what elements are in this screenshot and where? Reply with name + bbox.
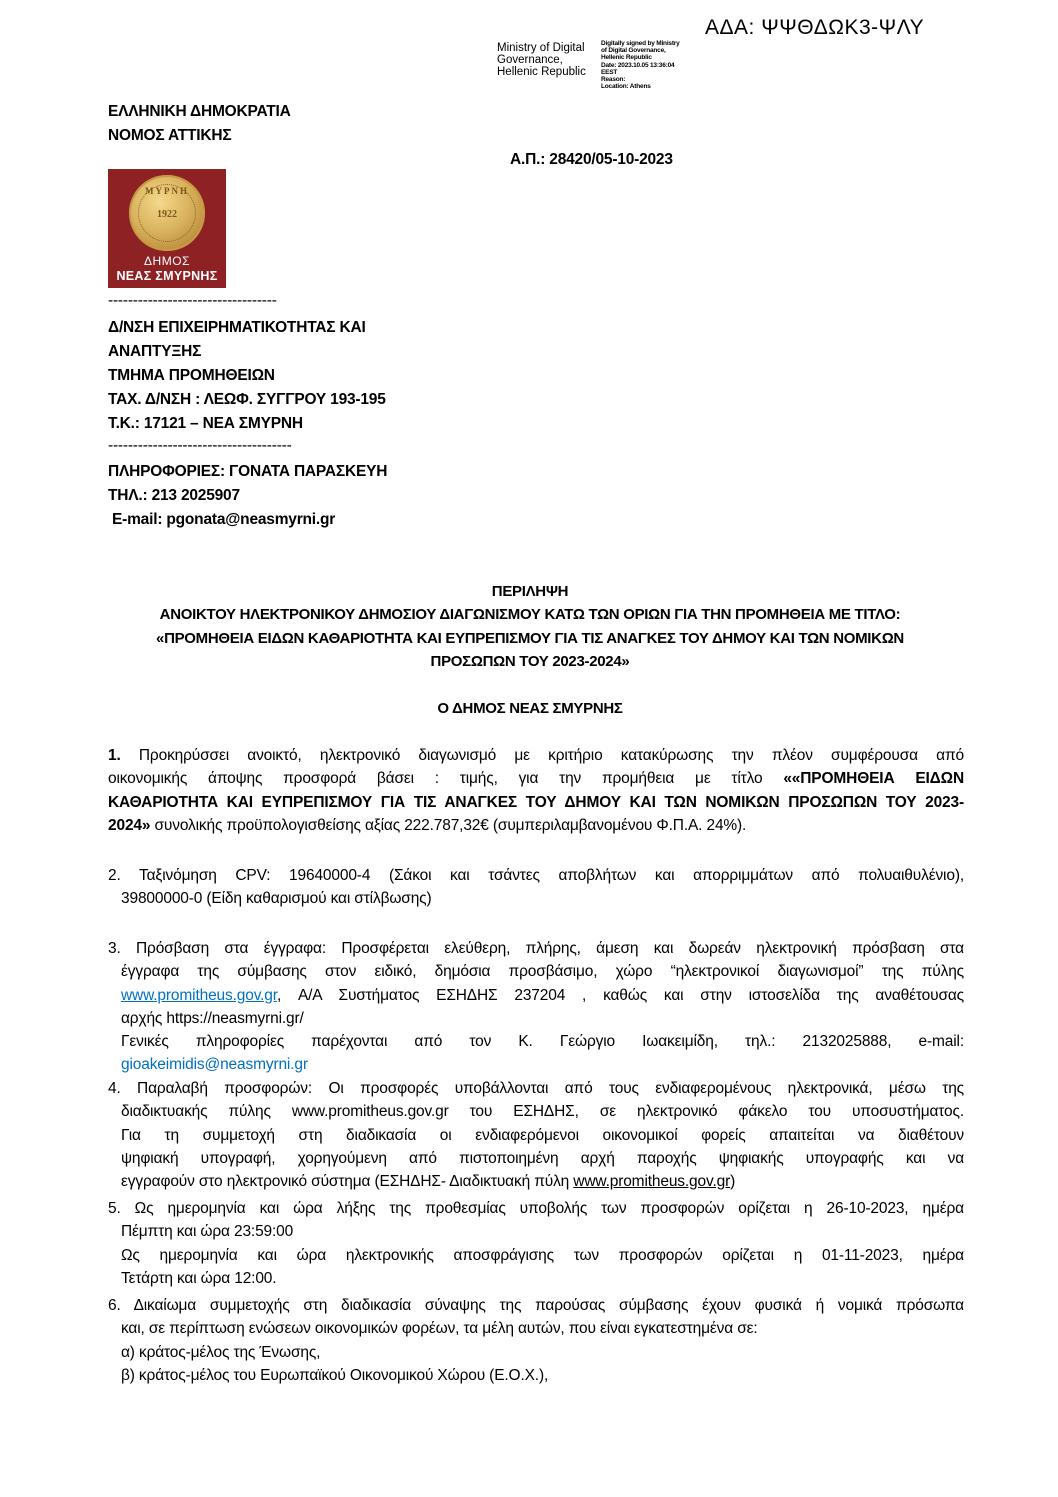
logo-line2: ΝΕΑΣ ΣΜΥΡΝΗΣ (108, 269, 226, 283)
text: 3. Πρόσβαση στα έγγραφα: Προσφέρεται ελε… (108, 937, 964, 960)
tender-title: 2024» (108, 817, 150, 834)
directorate-line2: ΑΝΑΠΤΥΞΗΣ (108, 340, 201, 363)
signer-line: Governance, (497, 54, 602, 66)
text: διαδικτυακής πύλης www.promitheus.gov.gr… (121, 1100, 964, 1123)
text: Ως ημερομηνία και ώρα ηλεκτρονικής αποσφ… (121, 1244, 964, 1267)
phone: ΤΗΛ.: 213 2025907 (108, 484, 240, 507)
tender-title: ««ΠΡΟΜΗΘΕΙΑ ΕΙΔΩΝ (783, 770, 964, 787)
separator: ---------------------------------- (108, 289, 277, 312)
info-contact: ΠΛΗΡΟΦΟΡΙΕΣ: ΓΟΝΑΤΑ ΠΑΡΑΣΚΕΥΗ (108, 460, 387, 483)
promitheus-link[interactable]: www.promitheus.gov.gr (573, 1173, 730, 1190)
item-number: 1. (108, 747, 121, 764)
text: 6. Δικαίωμα συμμετοχής στη διαδικασία σύ… (108, 1294, 964, 1317)
municipality-heading: Ο ΔΗΜΟΣ ΝΕΑΣ ΣΜΥΡΝΗΣ (85, 697, 975, 720)
text: Για τη συμμετοχή στη διαδικασία οι ενδια… (121, 1124, 964, 1147)
email: E-mail: pgonata@neasmyrni.gr (112, 508, 335, 531)
text: 2. Ταξινόμηση CPV: 19640000-4 (Σάκοι και… (108, 864, 964, 887)
text: Γενικές πληροφορίες παρέχονται από τον Κ… (121, 1030, 964, 1053)
signature-signer: Ministry of Digital Governance, Hellenic… (497, 42, 602, 78)
protocol-number: Α.Π.: 28420/05-10-2023 (510, 148, 673, 171)
postal-code: Τ.Κ.: 17121 – ΝΕΑ ΣΜΥΡΝΗ (108, 412, 303, 435)
text: οικονομικής άποψης προσφορά βάσει : τιμή… (108, 770, 783, 787)
text: και, σε περίπτωση ενώσεων οικονομικών φο… (121, 1317, 964, 1340)
country-heading: ΕΛΛΗΝΙΚΗ ΔΗΜΟΚΡΑΤΙΑ (108, 100, 291, 123)
text: Προκηρύσσει ανοικτό, ηλεκτρονικό διαγωνι… (139, 747, 964, 764)
text: 4. Παραλαβή προσφορών: Οι προσφορές υποβ… (108, 1077, 964, 1100)
list-item: β) κράτος-μέλος του Ευρωπαϊκού Οικονομικ… (121, 1364, 964, 1387)
item-5: 5. Ως ημερομηνία και ώρα λήξης της προθε… (121, 1197, 964, 1290)
signer-line: Hellenic Republic (497, 66, 602, 78)
section-name: ΤΜΗΜΑ ΠΡΟΜΗΘΕΙΩΝ (108, 364, 275, 387)
item-6: 6. Δικαίωμα συμμετοχής στη διαδικασία σύ… (121, 1294, 964, 1387)
item-3: 3. Πρόσβαση στα έγγραφα: Προσφέρεται ελε… (121, 937, 964, 1077)
website-url: αρχής https://neasmyrni.gr/ (121, 1007, 964, 1030)
text: έγγραφα της σύμβασης στον ειδικό, δημόσι… (121, 960, 964, 983)
address: ΤΑΧ. Δ/ΝΣΗ : ΛΕΩΦ. ΣΥΓΓΡΟΥ 193-195 (108, 388, 386, 411)
item-2: 2. Ταξινόμηση CPV: 19640000-4 (Σάκοι και… (121, 864, 964, 911)
signature-detail: EEST (601, 69, 681, 76)
text: 5. Ως ημερομηνία και ώρα λήξης της προθε… (108, 1197, 964, 1220)
item-4: 4. Παραλαβή προσφορών: Οι προσφορές υποβ… (121, 1077, 964, 1193)
signature-detail: Location: Athens (601, 83, 681, 90)
directorate-line1: Δ/ΝΣΗ ΕΠΙΧΕΙΡΗΜΑΤΙΚΟΤΗΤΑΣ ΚΑΙ (108, 316, 366, 339)
summary-heading: ΠΕΡΙΛΗΨΗ (85, 580, 975, 603)
text: , Α/Α Συστήματος ΕΣΗΔΗΣ 237204 , καθώς κ… (277, 987, 964, 1004)
prefecture-heading: ΝΟΜΟΣ ΑΤΤΙΚΗΣ (108, 124, 232, 147)
budget-text: συνολικής προϋπολογισθείσης αξίας 222.78… (150, 817, 746, 834)
item-1: 1. Προκηρύσσει ανοικτό, ηλεκτρονικό διαγ… (108, 744, 964, 837)
text: εγγραφούν στο ηλεκτρονικό σύστημα (ΕΣΗΔΗ… (121, 1173, 573, 1190)
municipality-logo: ΜΥΡΝΗ 1922 ΔΗΜΟΣ ΝΕΑΣ ΣΜΥΡΝΗΣ (108, 169, 226, 288)
coin-emblem-icon: ΜΥΡΝΗ 1922 (129, 175, 205, 251)
logo-line1: ΔΗΜΟΣ (108, 254, 226, 268)
text: 39800000-0 (Είδη καθαρισμού και στίλβωση… (121, 887, 964, 910)
coin-word: ΜΥΡΝΗ (129, 186, 205, 196)
signature-detail: of Digital Governance, (601, 47, 681, 54)
text: Τετάρτη και ώρα 12:00. (121, 1267, 964, 1290)
signature-detail: Date: 2023.10.05 13:36:04 (601, 62, 681, 69)
text: Πέμπτη και ώρα 23:59:00 (121, 1220, 964, 1243)
signature-details: Digitally signed by Ministry of Digital … (601, 40, 681, 90)
title-line2: «ΠΡΟΜΗΘΕΙΑ ΕΙΔΩΝ ΚΑΘΑΡΙΟΤΗΤΑ ΚΑΙ ΕΥΠΡΕΠΙ… (85, 627, 975, 650)
list-item: α) κράτος-μέλος της Ένωσης, (121, 1341, 964, 1364)
title-line3: ΠΡΟΣΩΠΩΝ ΤΟΥ 2023-2024» (85, 650, 975, 673)
signature-detail: Reason: (601, 76, 681, 83)
title-line1: ΑΝΟΙΚΤΟΥ ΗΛΕΚΤΡΟΝΙΚΟΥ ΔΗΜΟΣΙΟΥ ΔΙΑΓΩΝΙΣΜ… (85, 603, 975, 626)
ada-code: ΑΔΑ: ΨΨΘΔΩΚ3-ΨΛΥ (705, 16, 924, 40)
text: ) (730, 1173, 735, 1190)
coin-year: 1922 (129, 209, 205, 220)
signature-detail: Hellenic Republic (601, 54, 681, 61)
promitheus-link[interactable]: www.promitheus.gov.gr (121, 987, 277, 1004)
signer-line: Ministry of Digital (497, 42, 602, 54)
separator: ------------------------------------- (108, 434, 292, 457)
contact-email-link[interactable]: gioakeimidis@neasmyrni.gr (121, 1056, 308, 1073)
text: ψηφιακή υπογραφή, χορηγούμενη από πιστοπ… (121, 1147, 964, 1170)
signature-detail: Digitally signed by Ministry (601, 40, 681, 47)
tender-title: ΚΑΘΑΡΙΟΤΗΤΑ ΚΑΙ ΕΥΠΡΕΠΙΣΜΟΥ ΓΙΑ ΤΙΣ ΑΝΑΓ… (108, 794, 964, 811)
